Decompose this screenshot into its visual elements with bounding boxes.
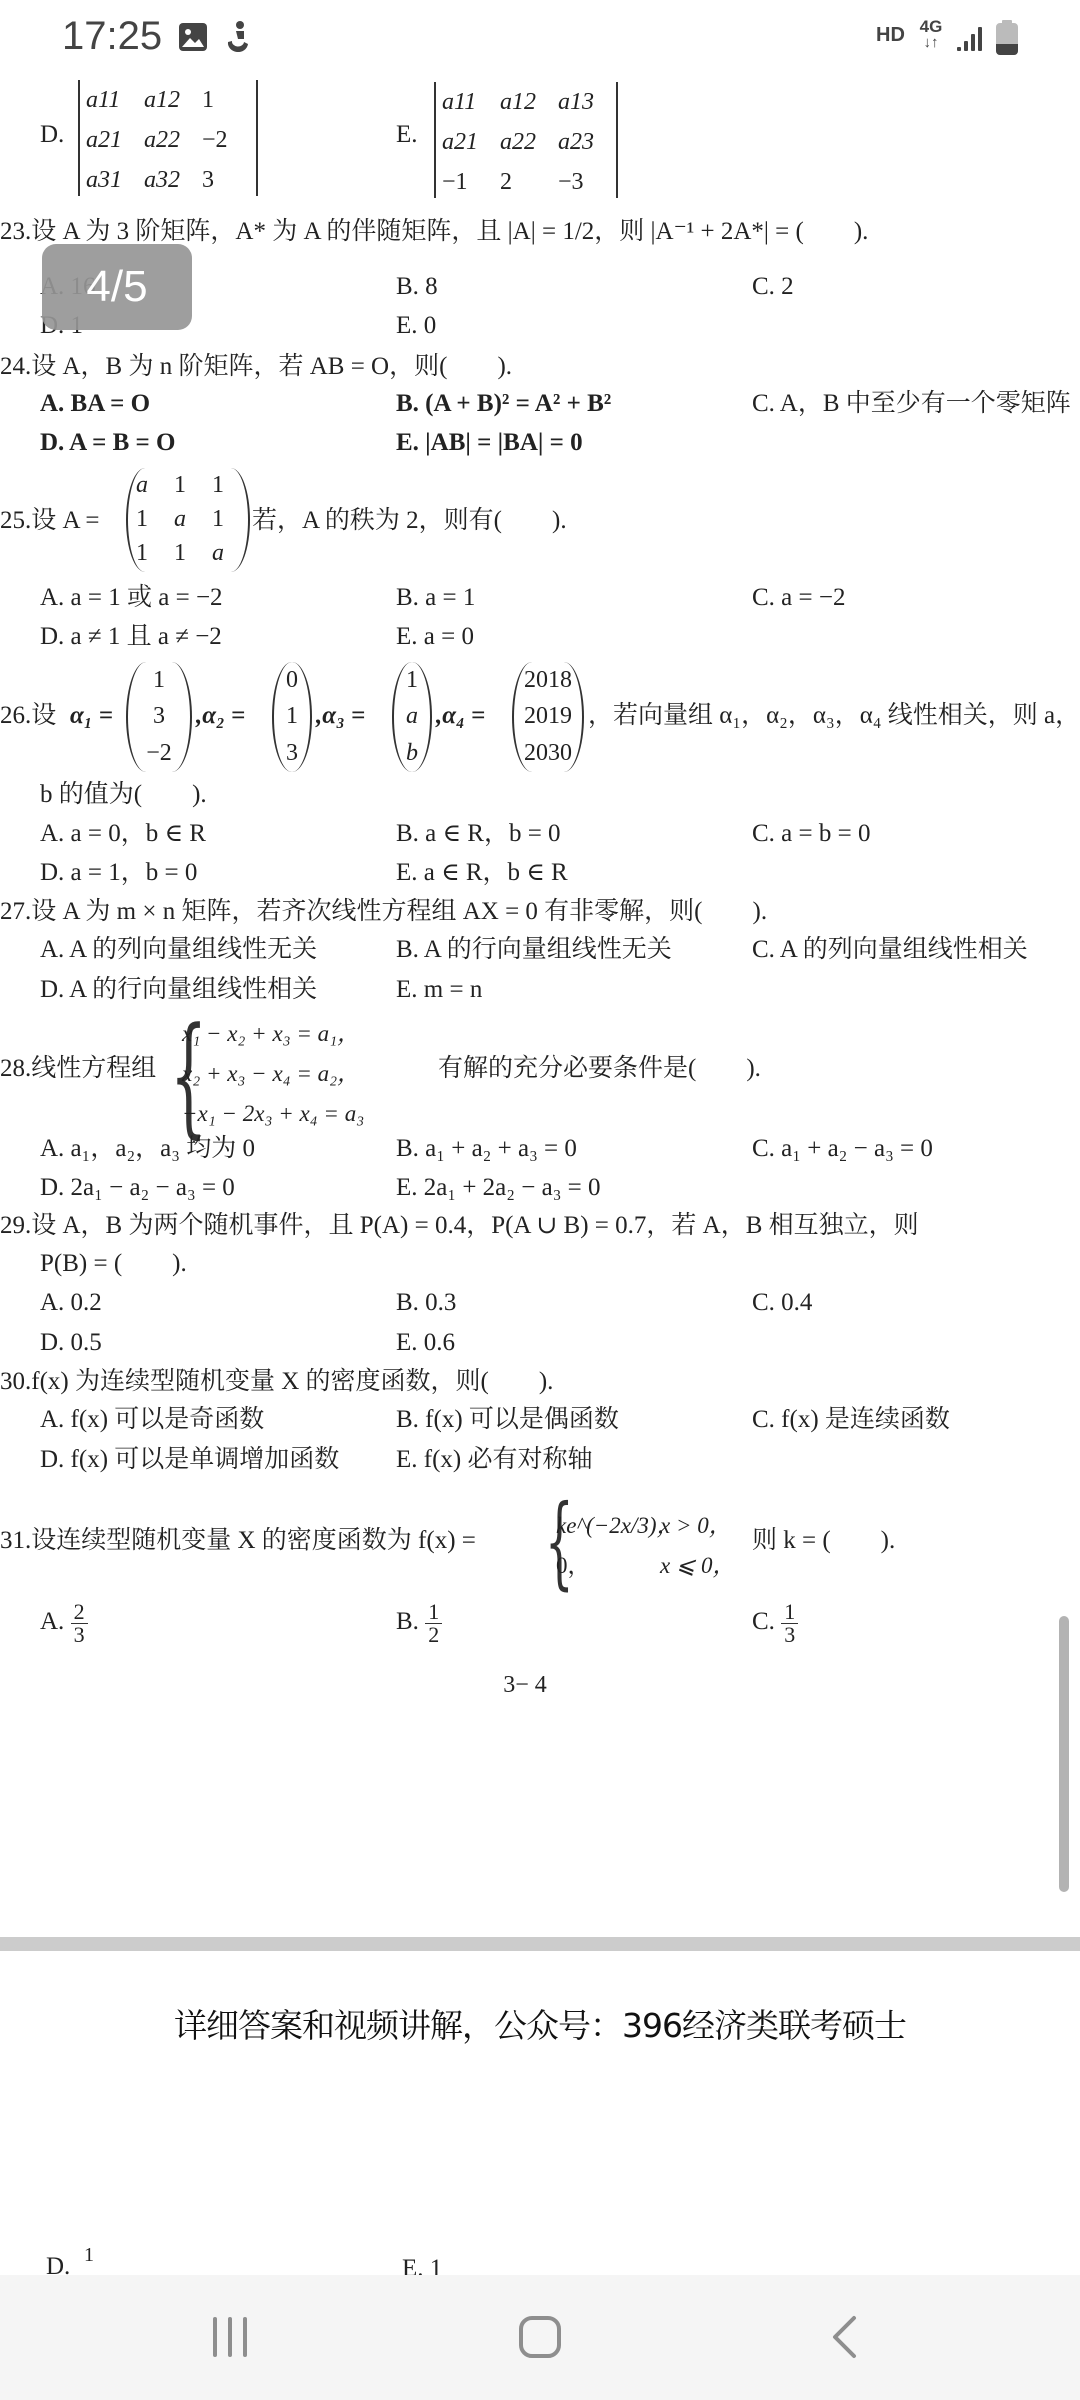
q22-option-d-determinant: a11a121 a21a22−2 a31a323: [78, 80, 258, 196]
q26-stem-post: ，若向量组 α₁，α₂，α₃，α₄ 线性相关，则 a，: [588, 701, 1080, 731]
q24-option-a[interactable]: A. BA = O: [40, 389, 150, 419]
q25-option-b[interactable]: B. a = 1: [396, 583, 475, 613]
q26-alpha2-label: ,α₂ =: [196, 701, 245, 731]
q27-option-c[interactable]: C. A 的列向量组线性相关: [752, 935, 1028, 965]
q26-stem-cont: b 的值为( ).: [40, 780, 207, 810]
battery-icon: [995, 20, 1019, 56]
q29-stem-cont: P(B) = ( ).: [40, 1249, 187, 1279]
q29-stem: 29.设 A，B 为两个随机事件，且 P(A) = 0.4，P(A ∪ B) =…: [0, 1211, 919, 1241]
q29-option-a[interactable]: A. 0.2: [40, 1288, 102, 1318]
network-4g-icon: 4G ↓↑: [918, 18, 944, 50]
q28-option-d[interactable]: D. 2a₁ − a₂ − a₃ = 0: [40, 1173, 235, 1203]
recent-apps-icon[interactable]: [210, 2315, 250, 2359]
q29-option-c[interactable]: C. 0.4: [752, 1288, 812, 1318]
q26-alpha3-label: ,α₃ =: [316, 701, 365, 731]
q30-option-b[interactable]: B. f(x) 可以是偶函数: [396, 1405, 619, 1435]
q26-alpha4-label: ,α₄ =: [436, 701, 485, 731]
q26-option-a[interactable]: A. a = 0，b ∈ R: [40, 819, 206, 849]
q26-option-c[interactable]: C. a = b = 0: [752, 819, 870, 849]
q30-option-a[interactable]: A. f(x) 可以是奇函数: [40, 1405, 264, 1435]
back-icon[interactable]: [830, 2315, 858, 2359]
q28-option-c[interactable]: C. a₁ + a₂ − a₃ = 0: [752, 1134, 933, 1164]
page-indicator-badge: 4/5: [42, 244, 192, 330]
page-number: 3− 4: [0, 1672, 1050, 1699]
q26-alpha1-vector: 13−2: [126, 662, 192, 772]
q25-matrix: a11 1a1 11a: [126, 468, 250, 572]
page-separator: [0, 1937, 1080, 1951]
q26-alpha3-vector: 1ab: [392, 662, 432, 772]
q23-option-b[interactable]: B. 8: [396, 272, 438, 302]
q25-option-e[interactable]: E. a = 0: [396, 622, 474, 652]
q23-option-c[interactable]: C. 2: [752, 272, 794, 302]
q25-stem-post: 若，A 的秩为 2，则有( ).: [252, 506, 567, 536]
q25-stem-pre: 25.设 A =: [0, 506, 100, 536]
q25-option-a[interactable]: A. a = 1 或 a = −2: [40, 583, 223, 613]
q22-option-e-determinant: a11a12a13 a21a22a23 −12−3: [434, 82, 618, 198]
q26-alpha4-vector: 201820192030: [512, 662, 584, 772]
q25-option-d[interactable]: D. a ≠ 1 且 a ≠ −2: [40, 622, 222, 652]
signal-icon: [956, 24, 986, 52]
q31-option-c[interactable]: C. 13: [752, 1598, 798, 1646]
q22-option-d-label: D.: [40, 120, 64, 150]
q28-option-e[interactable]: E. 2a₁ + 2a₂ − a₃ = 0: [396, 1173, 601, 1203]
q27-option-e[interactable]: E. m = n: [396, 975, 482, 1005]
home-icon[interactable]: [518, 2315, 562, 2359]
q31-option-a[interactable]: A. 23: [40, 1598, 88, 1646]
q24-stem: 24.设 A，B 为 n 阶矩阵，若 AB = O，则( ).: [0, 352, 512, 382]
q26-option-b[interactable]: B. a ∈ R，b = 0: [396, 819, 561, 849]
q24-option-b[interactable]: B. (A + B)² = A² + B²: [396, 389, 611, 419]
q26-alpha2-vector: 013: [272, 662, 312, 772]
q29-option-b[interactable]: B. 0.3: [396, 1288, 456, 1318]
navigation-bar: [0, 2275, 1080, 2400]
q31-option-b[interactable]: B. 12: [396, 1598, 442, 1646]
accessibility-icon: [224, 20, 252, 54]
q27-option-a[interactable]: A. A 的列向量组线性无关: [40, 935, 317, 965]
q26-option-d[interactable]: D. a = 1，b = 0: [40, 858, 197, 888]
q26-stem-pre: 26.设: [0, 701, 56, 731]
q28-option-a[interactable]: A. a₁，a₂，a₃ 均为 0: [40, 1134, 255, 1164]
q27-stem: 27.设 A 为 m × n 矩阵，若齐次线性方程组 AX = 0 有非零解，则…: [0, 897, 767, 927]
q28-equation-system: x₁ − x₂ + x₃ = a₁， x₂ + x₃ − x₄ = a₂， −x…: [182, 1014, 364, 1134]
q30-stem: 30.f(x) 为连续型随机变量 X 的密度函数，则( ).: [0, 1367, 553, 1397]
vertical-scrollbar[interactable]: [1059, 1616, 1069, 1892]
q22-option-e-label: E.: [396, 120, 418, 150]
q28-stem-post: 有解的充分必要条件是( ).: [438, 1054, 761, 1084]
clock: 17:25: [62, 14, 162, 59]
hd-indicator: HD: [876, 24, 905, 47]
q27-option-b[interactable]: B. A 的行向量组线性无关: [396, 935, 672, 965]
q25-option-c[interactable]: C. a = −2: [752, 583, 845, 613]
q30-option-e[interactable]: E. f(x) 必有对称轴: [396, 1445, 593, 1475]
q23-option-e[interactable]: E. 0: [396, 311, 436, 341]
q28-option-b[interactable]: B. a₁ + a₂ + a₃ = 0: [396, 1134, 577, 1164]
next-page-option-d-num: 1: [84, 2244, 94, 2267]
q30-option-d[interactable]: D. f(x) 可以是单调增加函数: [40, 1445, 339, 1475]
q31-stem-pre: 31.设连续型随机变量 X 的密度函数为 f(x) =: [0, 1526, 476, 1556]
q30-option-c[interactable]: C. f(x) 是连续函数: [752, 1405, 950, 1435]
q31-piecewise: ke^(−2x/3)，x > 0， 0，x ⩽ 0，: [556, 1506, 735, 1586]
q29-option-d[interactable]: D. 0.5: [40, 1328, 102, 1358]
q29-option-e[interactable]: E. 0.6: [396, 1328, 455, 1358]
q26-alpha1-label: α₁ =: [70, 701, 113, 731]
q24-option-d[interactable]: D. A = B = O: [40, 428, 175, 458]
q24-option-e[interactable]: E. |AB| = |BA| = 0: [396, 428, 583, 458]
footer-note: 详细答案和视频讲解，公众号：396经济类联考硕士: [0, 2000, 1080, 2047]
q31-stem-post: 则 k = ( ).: [752, 1526, 895, 1556]
status-bar: 17:25 HD 4G ↓↑: [0, 0, 1080, 72]
q28-stem-pre: 28.线性方程组: [0, 1054, 156, 1084]
q23-stem: 23.设 A 为 3 阶矩阵，A* 为 A 的伴随矩阵，且 |A| = 1/2，…: [0, 217, 868, 247]
gallery-icon: [178, 22, 208, 52]
q26-option-e[interactable]: E. a ∈ R，b ∈ R: [396, 858, 568, 888]
q24-option-c[interactable]: C. A，B 中至少有一个零矩阵: [752, 389, 1071, 419]
